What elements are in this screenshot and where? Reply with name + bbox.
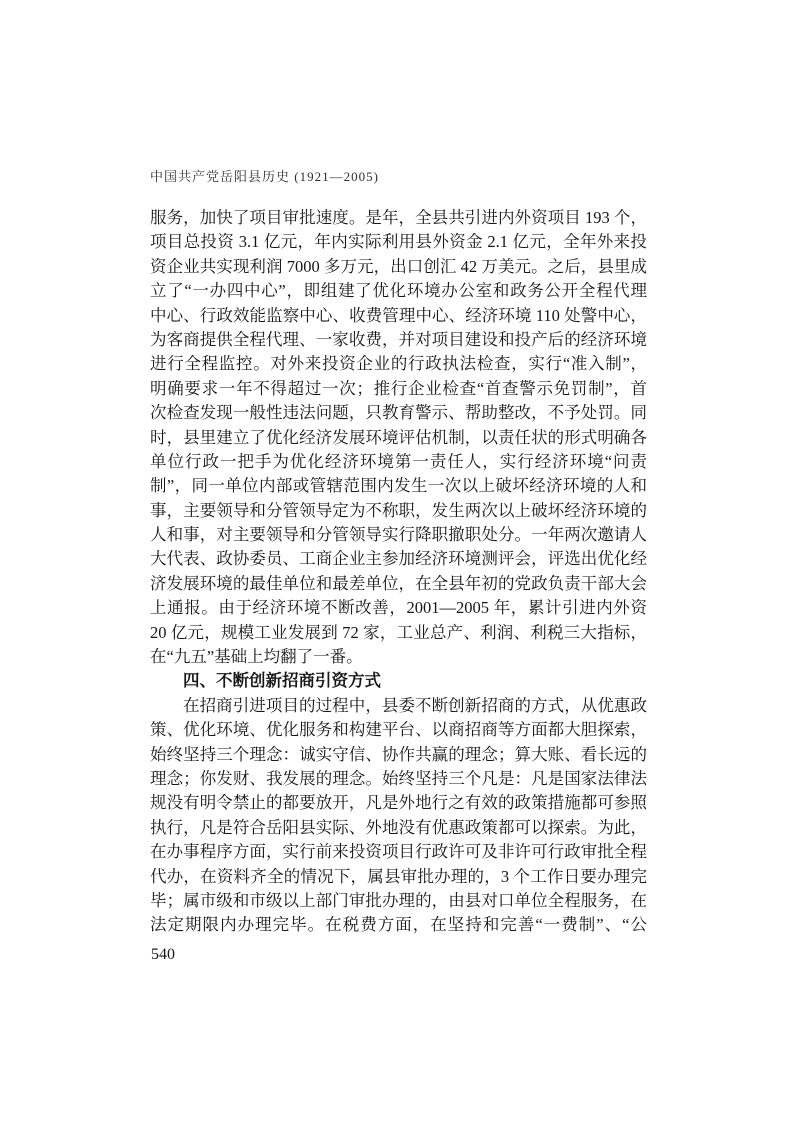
text-line: 在“九五”基础上均翻了一番。 xyxy=(150,645,647,669)
text-line: 济发展环境的最佳单位和最差单位，在全县年初的党政负责干部大会 xyxy=(150,572,647,596)
section-heading: 四、不断创新招商引资方式 xyxy=(150,669,647,693)
text-line: 代办，在资料齐全的情况下，属县审批办理的，3 个工作日要办理完 xyxy=(150,865,647,889)
text-line: 策、优化环境、优化服务和构建平台、以商招商等方面都大胆探索， xyxy=(150,718,647,742)
text-line: 法定期限内办理完毕。在税费方面，在坚持和完善“一费制”、“公 xyxy=(150,913,647,937)
text-line: 人和事，对主要领导和分管领导实行降职撤职处分。一年两次邀请人 xyxy=(150,523,647,547)
text-line: 20 亿元，规模工业发展到 72 家，工业总产、利润、利税三大指标， xyxy=(150,621,647,645)
text-line: 大代表、政协委员、工商企业主参加经济环境测评会，评选出优化经 xyxy=(150,547,647,571)
text-line: 在招商引进项目的过程中，县委不断创新招商的方式，从优惠政 xyxy=(150,694,647,718)
page-number: 540 xyxy=(151,945,175,965)
book-page: 中国共产党岳阳县历史 (1921—2005) 服务，加快了项目审批速度。是年，全… xyxy=(0,0,793,1122)
body-text: 服务，加快了项目审批速度。是年，全县共引进内外资项目 193 个，项目总投资 3… xyxy=(150,206,647,938)
text-line: 执行，凡是符合岳阳县实际、外地没有优惠政策都可以探索。为此， xyxy=(150,816,647,840)
text-line: 规没有明令禁止的都要放开，凡是外地行之有效的政策措施都可参照 xyxy=(150,791,647,815)
text-line: 次检查发现一般性违法问题，只教育警示、帮助整改，不予处罚。同 xyxy=(150,401,647,425)
text-line: 资企业共实现利润 7000 多万元，出口创汇 42 万美元。之后，县里成 xyxy=(150,255,647,279)
text-line: 毕；属市级和市级以上部门审批办理的，由县对口单位全程服务，在 xyxy=(150,889,647,913)
text-line: 始终坚持三个理念：诚实守信、协作共赢的理念；算大账、看长远的 xyxy=(150,743,647,767)
text-line: 时，县里建立了优化经济发展环境评估机制，以责任状的形式明确各 xyxy=(150,426,647,450)
text-line: 进行全程监控。对外来投资企业的行政执法检查，实行“准入制”， xyxy=(150,352,647,376)
text-line: 单位行政一把手为优化经济环境第一责任人，实行经济环境“问责 xyxy=(150,450,647,474)
text-line: 立了“一办四中心”，即组建了优化环境办公室和政务公开全程代理 xyxy=(150,279,647,303)
text-line: 明确要求一年不得超过一次；推行企业检查“首查警示免罚制”，首 xyxy=(150,377,647,401)
text-line: 在办事程序方面，实行前来投资项目行政许可及非许可行政审批全程 xyxy=(150,840,647,864)
text-line: 项目总投资 3.1 亿元，年内实际利用县外资金 2.1 亿元，全年外来投 xyxy=(150,230,647,254)
running-header: 中国共产党岳阳县历史 (1921—2005) xyxy=(150,166,379,185)
text-line: 事，主要领导和分管领导定为不称职，发生两次以上破坏经济环境的 xyxy=(150,499,647,523)
text-line: 为客商提供全程代理、一家收费，并对项目建设和投产后的经济环境 xyxy=(150,328,647,352)
text-line: 服务，加快了项目审批速度。是年，全县共引进内外资项目 193 个， xyxy=(150,206,647,230)
text-line: 上通报。由于经济环境不断改善，2001—2005 年，累计引进内外资金 xyxy=(150,596,647,620)
text-line: 理念；你发财、我发展的理念。始终坚持三个凡是：凡是国家法律法 xyxy=(150,767,647,791)
text-line: 制”，同一单位内部或管辖范围内发生一次以上破坏经济环境的人和 xyxy=(150,474,647,498)
text-line: 中心、行政效能监察中心、收费管理中心、经济环境 110 处警中心， xyxy=(150,304,647,328)
